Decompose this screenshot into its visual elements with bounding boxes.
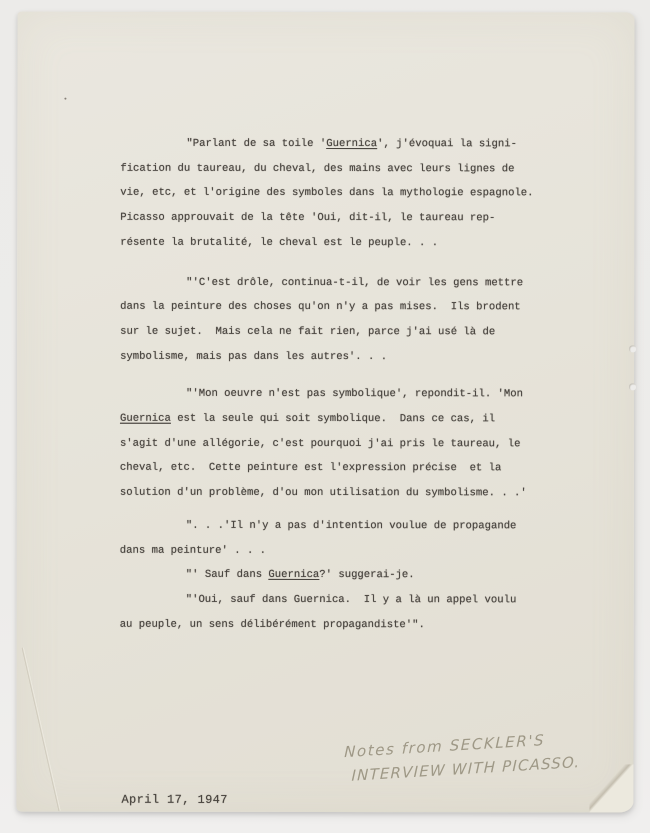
text-line: ". . .'Il n'y a pas d'intention voulue d… bbox=[120, 514, 560, 539]
text-segment: au peuple, un sens délibérément propagan… bbox=[120, 618, 425, 630]
text-line: solution d'un problème, d'ou mon utilisa… bbox=[120, 481, 560, 506]
text-segment: "'C'est drôle, continua-t-il, de voir le… bbox=[186, 276, 523, 288]
text-segment: dans ma peinture' . . . bbox=[120, 544, 266, 556]
text-segment: dans la peinture des choses qu'on n'y a … bbox=[120, 301, 521, 314]
text-segment: sur le sujet. Mais cela ne fait rien, pa… bbox=[120, 326, 495, 339]
underlined-word: Guernica bbox=[326, 138, 377, 150]
text-line: "'Mon oeuvre n'est pas symbolique', repo… bbox=[120, 382, 560, 407]
text-segment: "' Sauf dans bbox=[186, 569, 269, 581]
text-line: fication du taureau, du cheval, des main… bbox=[120, 156, 560, 181]
document-page: "Parlant de sa toile 'Guernica', j'évoqu… bbox=[16, 12, 634, 813]
text-segment: "'Mon oeuvre n'est pas symbolique', repo… bbox=[186, 388, 523, 400]
text-segment: cheval, etc. Cette peinture est l'expres… bbox=[120, 462, 501, 475]
text-line: au peuple, un sens délibérément propagan… bbox=[120, 612, 560, 637]
underlined-word: Guernica bbox=[268, 569, 319, 581]
paper-speck bbox=[64, 98, 66, 100]
text-segment: solution d'un problème, d'ou mon utilisa… bbox=[120, 487, 527, 500]
text-segment: fication du taureau, du cheval, des main… bbox=[120, 162, 514, 175]
text-line: s'agit d'une allégorie, c'est pourquoi j… bbox=[120, 431, 560, 456]
text-line: dans la peinture des choses qu'on n'y a … bbox=[120, 295, 560, 320]
fold-crease bbox=[22, 647, 61, 811]
text-line: vie, etc, et l'origine des symboles dans… bbox=[120, 181, 560, 206]
text-line: "Parlant de sa toile 'Guernica', j'évoqu… bbox=[120, 132, 560, 157]
paragraph: "'C'est drôle, continua-t-il, de voir le… bbox=[120, 270, 560, 369]
text-segment: ". . .'Il n'y a pas d'intention voulue d… bbox=[186, 520, 517, 532]
scan-background: "Parlant de sa toile 'Guernica', j'évoqu… bbox=[0, 0, 650, 833]
text-line: Picasso approuvait de la tête 'Oui, dit-… bbox=[120, 206, 560, 231]
text-line: sur le sujet. Mais cela ne fait rien, pa… bbox=[120, 320, 560, 345]
text-segment: ', j'évoquai la signi- bbox=[377, 138, 517, 150]
text-segment: vie, etc, et l'origine des symboles dans… bbox=[120, 187, 533, 200]
text-segment: s'agit d'une allégorie, c'est pourquoi j… bbox=[120, 437, 521, 450]
paragraph: "'Mon oeuvre n'est pas symbolique', repo… bbox=[120, 382, 560, 506]
text-segment: Picasso approuvait de la tête 'Oui, dit-… bbox=[120, 212, 495, 225]
text-segment: est la seule qui soit symbolique. Dans c… bbox=[171, 413, 495, 425]
text-line: "'C'est drôle, continua-t-il, de voir le… bbox=[120, 270, 560, 295]
text-line: "'Oui, sauf dans Guernica. Il y a là un … bbox=[120, 588, 560, 613]
dog-ear-fold bbox=[589, 764, 633, 812]
paper-edge-nick bbox=[629, 345, 636, 352]
handwritten-note: Notes from SECKLER'S INTERVIEW WITH PICA… bbox=[343, 724, 614, 788]
text-segment: "'Oui, sauf dans Guernica. Il y a là un … bbox=[186, 594, 517, 606]
paragraph: ". . .'Il n'y a pas d'intention voulue d… bbox=[120, 514, 560, 638]
text-segment: "Parlant de sa toile ' bbox=[186, 138, 326, 150]
paper-edge-nick bbox=[629, 383, 636, 390]
date-line: April 17, 1947 bbox=[121, 793, 227, 807]
paragraph: "Parlant de sa toile 'Guernica', j'évoqu… bbox=[120, 132, 560, 256]
underlined-word: Guernica bbox=[120, 413, 171, 425]
text-line: "' Sauf dans Guernica?' suggerai-je. bbox=[120, 563, 560, 588]
text-segment: symbolisme, mais pas dans les autres'. .… bbox=[120, 350, 387, 362]
text-line: cheval, etc. Cette peinture est l'expres… bbox=[120, 456, 560, 481]
text-segment: ?' suggerai-je. bbox=[319, 569, 414, 581]
text-line: Guernica est la seule qui soit symboliqu… bbox=[120, 407, 560, 432]
typescript-text: "Parlant de sa toile 'Guernica', j'évoqu… bbox=[120, 132, 561, 638]
text-line: dans ma peinture' . . . bbox=[120, 538, 560, 563]
text-segment: résente la brutalité, le cheval est le p… bbox=[120, 237, 438, 249]
text-line: symbolisme, mais pas dans les autres'. .… bbox=[120, 344, 560, 369]
text-line: résente la brutalité, le cheval est le p… bbox=[120, 231, 560, 256]
